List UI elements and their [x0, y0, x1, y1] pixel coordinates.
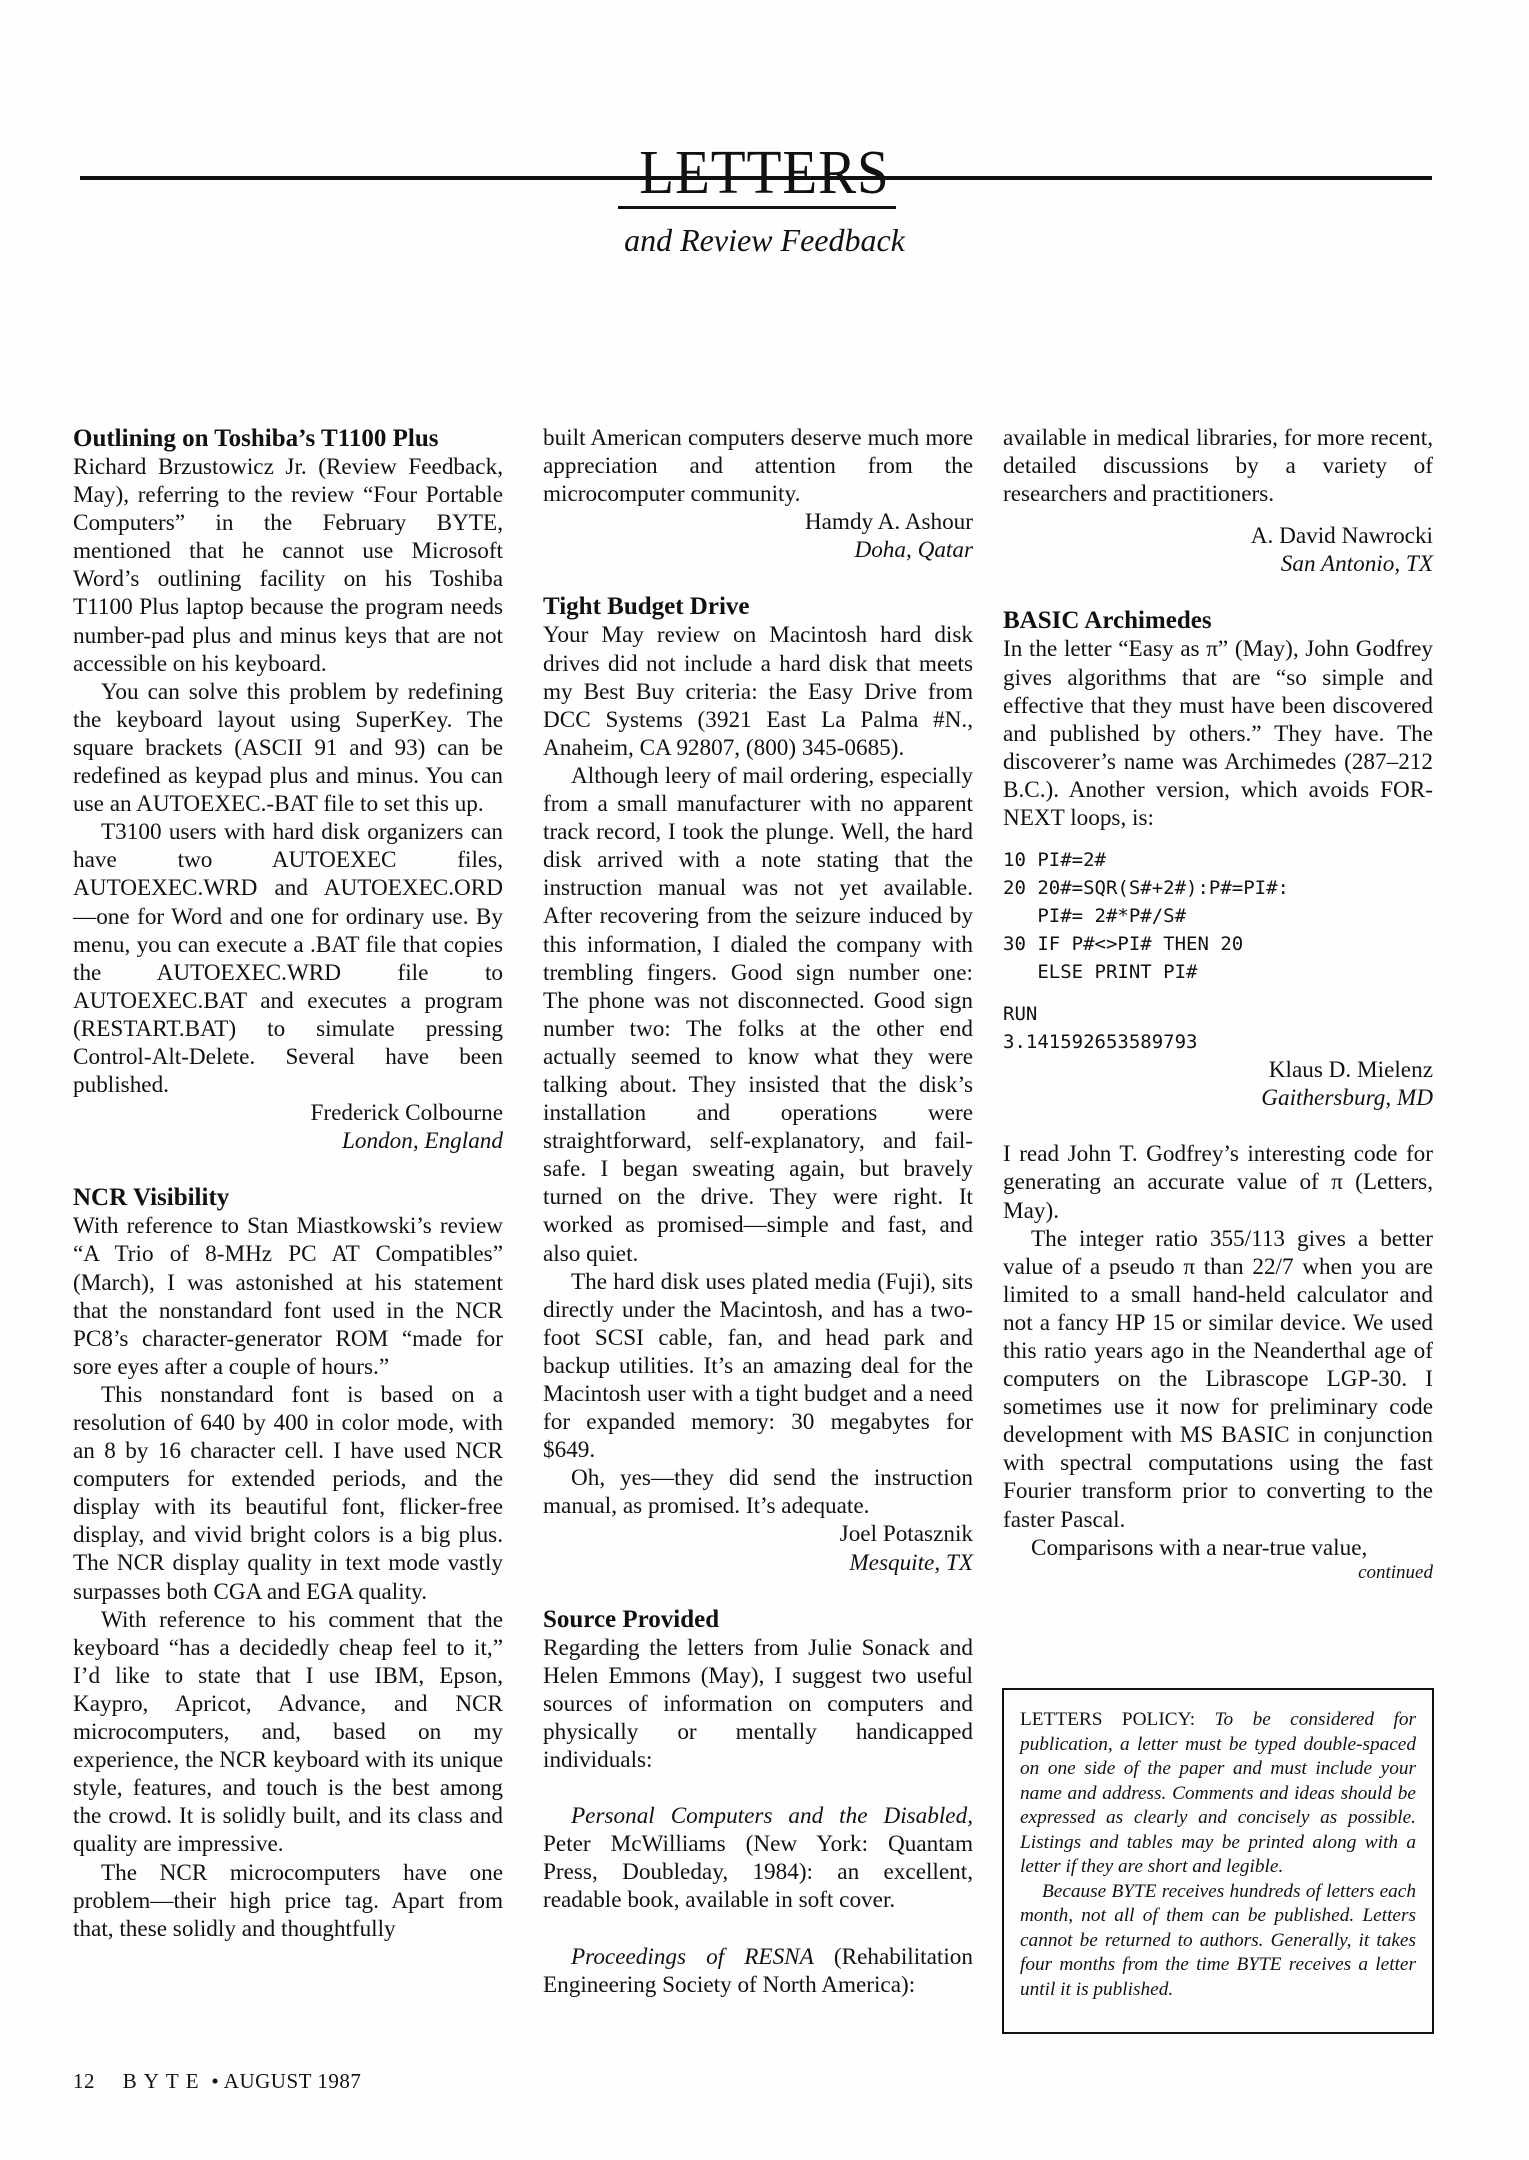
letter-signature: Hamdy A. Ashour Doha, Qatar [543, 508, 973, 564]
page-title: LETTERS [61, 142, 1468, 204]
letters-policy-box: LETTERS POLICY: To be considered for pub… [1002, 1688, 1434, 2034]
letter-paragraph: Regarding the letters from Julie Sonack … [543, 1634, 973, 1774]
author-name: Joel Potasznik [543, 1520, 973, 1548]
magazine-name: BYTE [123, 2069, 206, 2093]
letter-heading: BASIC Archimedes [1003, 606, 1433, 635]
letter-heading: Tight Budget Drive [543, 592, 973, 621]
letter-paragraph: T3100 users with hard disk organizers ca… [73, 818, 503, 1099]
column-3: available in medical libraries, for more… [1003, 424, 1433, 1584]
issue-date: AUGUST 1987 [224, 2069, 362, 2093]
letter-paragraph: Richard Brzustowicz Jr. (Review Feedback… [73, 453, 503, 678]
letter-paragraph: Although leery of mail ordering, especia… [543, 762, 973, 1268]
page-subtitle: and Review Feedback [0, 222, 1529, 259]
letter-outlining-toshiba: Outlining on Toshiba’s T1100 Plus Richar… [73, 424, 503, 1155]
page-number: 12 [73, 2069, 95, 2093]
citation-details: Peter McWilliams (New York: Quantam Pres… [543, 1831, 973, 1913]
letter-paragraph: available in medical libraries, for more… [1003, 424, 1433, 508]
letter-signature: Frederick Colbourne London, England [73, 1099, 503, 1155]
policy-text: To be considered for publication, a lett… [1020, 1709, 1416, 1877]
letter-paragraph: built American computers deserve much mo… [543, 424, 973, 508]
column-2: built American computers deserve much mo… [543, 424, 973, 1999]
header-rule [80, 176, 1432, 180]
author-location: Gaithersburg, MD [1003, 1084, 1433, 1112]
author-location: Doha, Qatar [543, 536, 973, 564]
citation-title: Personal Computers and the Disabled, [571, 1803, 973, 1829]
continued-marker: continued [1003, 1562, 1433, 1584]
letter-paragraph: This nonstandard font is based on a reso… [73, 1381, 503, 1606]
code-listing: 10 PI#=2# 20 20#=SQR(S#+2#):P#=PI#: PI#=… [1003, 846, 1433, 986]
letter-paragraph: Oh, yes—they did send the instruction ma… [543, 1464, 973, 1520]
output-line: 3.141592653589793 [1003, 1028, 1433, 1056]
letter-signature: A. David Nawrocki San Antonio, TX [1003, 522, 1433, 578]
letter-paragraph: Your May review on Macintosh hard disk d… [543, 621, 973, 761]
letter-paragraph: Comparisons with a near-true value, [1003, 1534, 1433, 1562]
column-1: Outlining on Toshiba’s T1100 Plus Richar… [73, 424, 503, 1943]
letter-paragraph: With reference to his comment that the k… [73, 1606, 503, 1859]
citation-title: Proceedings of RESNA [571, 1944, 814, 1970]
letter-paragraph: The hard disk uses plated media (Fuji), … [543, 1268, 973, 1465]
author-name: A. David Nawrocki [1003, 522, 1433, 550]
letter-signature: Joel Potasznik Mesquite, TX [543, 1520, 973, 1576]
letter-source-provided: Source Provided Regarding the letters fr… [543, 1605, 973, 1999]
policy-label: LETTERS POLICY: [1020, 1709, 1195, 1730]
letter-basic-archimedes: BASIC Archimedes In the letter “Easy as … [1003, 606, 1433, 1112]
code-line: 30 IF P#<>PI# THEN 20 [1003, 930, 1433, 958]
code-line: 10 PI#=2# [1003, 846, 1433, 874]
letter-signature: Klaus D. Mielenz Gaithersburg, MD [1003, 1056, 1433, 1112]
code-output: RUN 3.141592653589793 [1003, 1000, 1433, 1056]
letter-heading: NCR Visibility [73, 1183, 503, 1212]
letter-paragraph: In the letter “Easy as π” (May), John Go… [1003, 635, 1433, 832]
letter-ncr-visibility: NCR Visibility With reference to Stan Mi… [73, 1183, 503, 1942]
page-footer: 12 BYTE • AUGUST 1987 [73, 2069, 361, 2094]
title-underline [618, 206, 896, 209]
letter-paragraph: I read John T. Godfrey’s interesting cod… [1003, 1140, 1433, 1224]
author-name: Hamdy A. Ashour [543, 508, 973, 536]
letter-heading: Source Provided [543, 1605, 973, 1634]
letter-paragraph: You can solve this problem by redefining… [73, 678, 503, 818]
code-line: PI#= 2#*P#/S# [1003, 902, 1433, 930]
code-line: 20 20#=SQR(S#+2#):P#=PI#: [1003, 874, 1433, 902]
author-location: San Antonio, TX [1003, 550, 1433, 578]
letter-pi-ratio: I read John T. Godfrey’s interesting cod… [1003, 1140, 1433, 1583]
letter-heading: Outlining on Toshiba’s T1100 Plus [73, 424, 503, 453]
policy-paragraph: Because BYTE receives hundreds of letter… [1020, 1880, 1416, 2003]
author-name: Frederick Colbourne [73, 1099, 503, 1127]
code-line: ELSE PRINT PI# [1003, 958, 1433, 986]
letter-paragraph: With reference to Stan Miastkowski’s rev… [73, 1212, 503, 1381]
letter-paragraph: The integer ratio 355/113 gives a better… [1003, 1225, 1433, 1534]
letter-tight-budget-drive: Tight Budget Drive Your May review on Ma… [543, 592, 973, 1576]
letter-paragraph: The NCR microcomputers have one problem—… [73, 1859, 503, 1943]
output-line: RUN [1003, 1000, 1433, 1028]
source-citation: Personal Computers and the Disabled, Pet… [543, 1802, 973, 1914]
source-citation: Proceedings of RESNA (Rehabilitation Eng… [543, 1943, 973, 1999]
author-location: London, England [73, 1127, 503, 1155]
policy-paragraph: LETTERS POLICY: To be considered for pub… [1020, 1708, 1416, 1880]
letter-ncr-visibility-continued: built American computers deserve much mo… [543, 424, 973, 564]
letter-source-provided-continued: available in medical libraries, for more… [1003, 424, 1433, 578]
author-location: Mesquite, TX [543, 1549, 973, 1577]
footer-separator: • [211, 2069, 219, 2093]
author-name: Klaus D. Mielenz [1003, 1056, 1433, 1084]
